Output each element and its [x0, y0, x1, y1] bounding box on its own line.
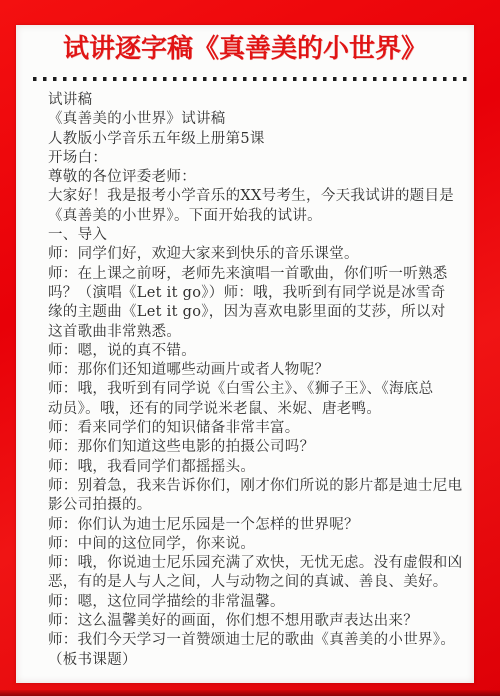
script-line: 大家好！我是报考小学音乐的XX号考生，今天我试讲的题目是: [48, 187, 462, 206]
script-line: 师：看来同学们的知识储备非常丰富。: [48, 419, 462, 438]
script-line: 恶，有的是人与人之间，人与动物之间的真诚、善良、美好。: [48, 573, 462, 592]
script-line: 一、导入: [48, 226, 462, 245]
script-line: 开场白：: [48, 149, 462, 168]
script-line: （板书课题）: [48, 651, 462, 670]
dotted-separator: [33, 77, 468, 81]
page-title: 试讲逐字稿《真善美的小世界》: [22, 32, 468, 66]
script-line: 吗？（演唱《Let it go》）师：哦，我听到有同学说是冰雪奇: [48, 284, 462, 303]
script-line: 师：你们认为迪士尼乐园是一个怎样的世界呢？: [48, 516, 462, 535]
script-line: 这首歌曲非常熟悉。: [48, 323, 462, 342]
script-line: 师：嗯，这位同学描绘的非常温馨。: [48, 593, 462, 612]
script-line: 师：哦，你说迪士尼乐园充满了欢快，无忧无虑。没有虚假和凶: [48, 554, 462, 573]
script-line: 师：这么温馨美好的画面，你们想不想用歌声表达出来？: [48, 612, 462, 631]
script-line: 师：哦，我看同学们都摇摇头。: [48, 458, 462, 477]
script-line: 《真善美的小世界》试讲稿: [48, 110, 462, 129]
script-line: 动员》。哦，还有的同学说米老鼠、米妮、唐老鸭。: [48, 400, 462, 419]
frame-bottom-shadow: [0, 690, 500, 696]
script-line: 师：我们今天学习一首赞颂迪士尼的歌曲《真善美的小世界》。: [48, 631, 462, 650]
script-line: 《真善美的小世界》。下面开始我的试讲。: [48, 207, 462, 226]
script-line: 师：中间的这位同学，你来说。: [48, 535, 462, 554]
script-line: 师：在上课之前呀，老师先来演唱一首歌曲，你们听一听熟悉: [48, 265, 462, 284]
document-page: 试讲逐字稿《真善美的小世界》 试讲稿《真善美的小世界》试讲稿人教版小学音乐五年级…: [16, 25, 474, 683]
script-line: 影公司拍摄的。: [48, 496, 462, 515]
script-line: 师：哦，我听到有同学说《白雪公主》、《狮子王》、《海底总: [48, 380, 462, 399]
script-line: 师：同学们好，欢迎大家来到快乐的音乐课堂。: [48, 245, 462, 264]
script-line: 师：嗯，说的真不错。: [48, 342, 462, 361]
script-body: 试讲稿《真善美的小世界》试讲稿人教版小学音乐五年级上册第5课开场白：尊敬的各位评…: [48, 91, 462, 670]
script-line: 师：那你们还知道哪些动画片或者人物呢？: [48, 361, 462, 380]
red-frame: 试讲逐字稿《真善美的小世界》 试讲稿《真善美的小世界》试讲稿人教版小学音乐五年级…: [0, 0, 500, 696]
script-line: 师：别着急，我来告诉你们，刚才你们所说的影片都是迪士尼电: [48, 477, 462, 496]
script-line: 师：那你们知道这些电影的拍摄公司吗？: [48, 438, 462, 457]
script-line: 人教版小学音乐五年级上册第5课: [48, 130, 462, 149]
script-line: 试讲稿: [48, 91, 462, 110]
script-line: 尊敬的各位评委老师：: [48, 168, 462, 187]
script-line: 缘的主题曲《Let it go》，因为喜欢电影里面的艾莎，所以对: [48, 303, 462, 322]
